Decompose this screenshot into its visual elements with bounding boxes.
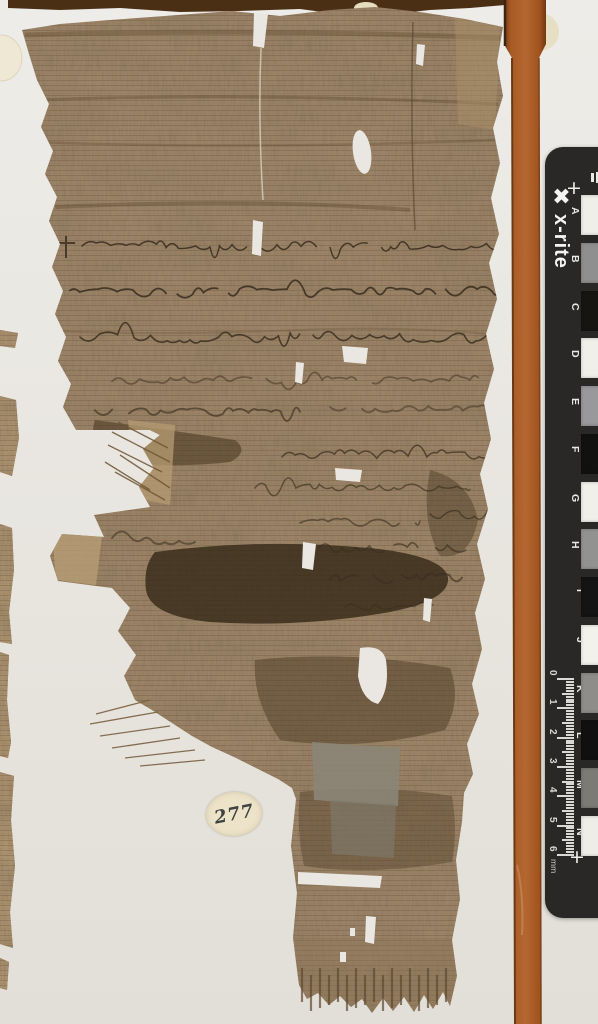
ruler-tick — [566, 748, 574, 750]
ruler-tick — [566, 742, 574, 744]
ruler-number-6: 6 — [547, 846, 558, 852]
ruler-tick — [566, 786, 574, 788]
gray-patch-D — [581, 338, 598, 378]
ruler-number-0: 0 — [547, 670, 558, 676]
ruler-tick — [562, 751, 574, 753]
ruler-tick — [557, 766, 574, 768]
ruler-tick — [566, 830, 574, 832]
gray-patch-H — [581, 529, 598, 569]
ruler-number-4: 4 — [547, 787, 558, 793]
ruler-tick — [566, 725, 574, 727]
ruler-tick — [566, 769, 574, 771]
patch-letter-B: B — [569, 255, 581, 263]
patch-letter-E: E — [569, 398, 581, 405]
gray-patch-E — [581, 386, 598, 426]
ink-line — [55, 452, 95, 457]
ruler-tick — [566, 713, 574, 715]
patch-letter-D: D — [569, 350, 581, 358]
ruler-tick — [566, 760, 574, 762]
ruler-tick — [566, 731, 574, 733]
patch-letter-G: G — [569, 494, 581, 502]
ruler-tick — [566, 804, 574, 806]
gray-patch-K — [581, 673, 598, 713]
ruler-tick — [557, 737, 574, 739]
papyrus-artwork — [0, 0, 598, 1024]
binding-strip — [505, 0, 546, 1024]
ruler-tick — [566, 757, 574, 759]
color-calibration-bar: + ✖ x-rite ABCDEFGHIJKLMN 0123456mm + — [545, 147, 598, 918]
ruler-tick — [566, 684, 574, 686]
ruler-number-2: 2 — [547, 729, 558, 735]
ruler-number-1: 1 — [547, 699, 558, 705]
ruler-tick — [566, 775, 574, 777]
gray-patch-I — [581, 577, 598, 617]
ruler-tick — [566, 819, 574, 821]
patch-letter-F: F — [569, 446, 581, 452]
ruler-tick — [566, 842, 574, 844]
ruler-tick — [566, 716, 574, 718]
ruler-tick — [562, 839, 574, 841]
ruler-number-3: 3 — [547, 758, 558, 764]
ruler-tick — [557, 825, 574, 827]
ruler-tick — [562, 781, 574, 783]
ruler-tick — [566, 813, 574, 815]
ruler-tick — [566, 822, 574, 824]
ruler-tick — [566, 772, 574, 774]
gray-patch-B — [581, 243, 598, 283]
ruler-tick — [557, 678, 574, 680]
ruler-tick — [566, 710, 574, 712]
ruler-tick — [557, 795, 574, 797]
ruler-tick — [566, 833, 574, 835]
registration-cross-bottom: + — [569, 850, 585, 864]
patch-letter-H: H — [569, 541, 581, 549]
gray-patch-C — [581, 291, 598, 331]
ruler-tick — [566, 687, 574, 689]
ruler-tick — [562, 810, 574, 812]
ruler-number-5: 5 — [547, 817, 558, 823]
ruler-tick — [566, 783, 574, 785]
gray-patch-M — [581, 768, 598, 808]
ruler-unit: mm — [549, 859, 559, 873]
gray-patch-A — [581, 195, 598, 235]
ruler-tick — [566, 704, 574, 706]
ruler-tick — [566, 801, 574, 803]
round-sticker-top-left — [0, 35, 22, 81]
ruler-tick — [566, 789, 574, 791]
ruler-tick — [566, 763, 574, 765]
gray-patch-G — [581, 482, 598, 522]
gray-patch-L — [581, 720, 598, 760]
ruler-tick — [566, 696, 574, 698]
ruler-tick — [566, 681, 574, 683]
ruler-tick — [566, 740, 574, 742]
ruler-tick — [566, 745, 574, 747]
ruler-tick — [566, 836, 574, 838]
ruler-tick — [566, 816, 574, 818]
papyrus-fragment — [0, 0, 598, 1024]
ruler-tick — [566, 701, 574, 703]
ruler-tick — [566, 827, 574, 829]
ruler-tick — [566, 734, 574, 736]
ruler-tick — [566, 798, 574, 800]
ruler-tick — [566, 690, 574, 692]
ruler-tick — [566, 778, 574, 780]
ruler-tick — [566, 807, 574, 809]
ruler-tick — [566, 719, 574, 721]
ruler-tick — [557, 707, 574, 709]
patch-letter-A: A — [569, 207, 581, 215]
ruler-tick — [566, 699, 574, 701]
digitized-manuscript-photo: 277 + ✖ x-rite ABCDEFGHIJKLMN 0123456mm … — [0, 0, 598, 1024]
ruler-tick — [566, 728, 574, 730]
ruler-tick — [562, 722, 574, 724]
patch-letter-C: C — [569, 303, 581, 311]
gray-patch-J — [581, 625, 598, 665]
ruler-tick — [566, 754, 574, 756]
ruler-tick — [562, 693, 574, 695]
inventory-number: 277 — [212, 800, 256, 828]
ruler-tick — [566, 792, 574, 794]
cut-off-glyph-fragment — [591, 173, 594, 182]
gray-patch-F — [581, 434, 598, 474]
